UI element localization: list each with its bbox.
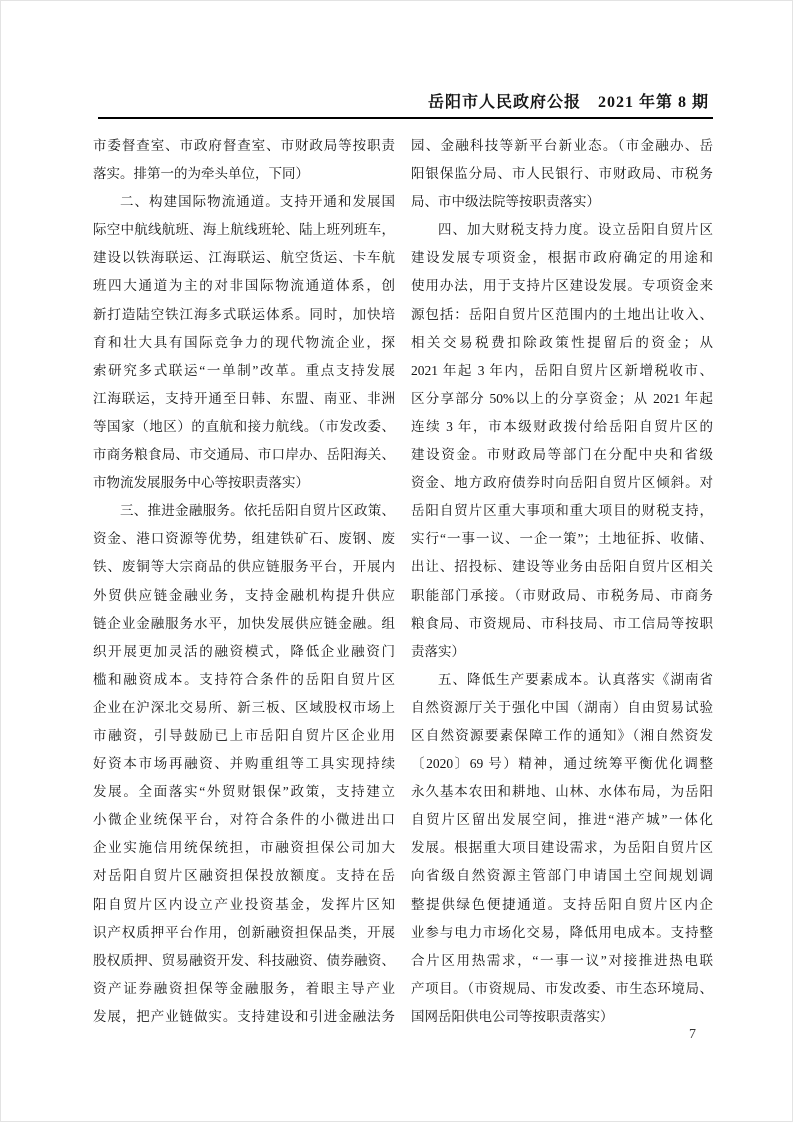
text-line: 园、金融科技等新平台新业态。（市金融办、岳 [411, 132, 713, 160]
text-line: 五、降低生产要素成本。认真落实《湖南省 [411, 666, 713, 694]
text-line: 股权质押、贸易融资开发、科技融资、债券融资、 [93, 947, 395, 975]
text-line: 发展。全面落实“外贸财银保”政策，支持建立 [93, 778, 395, 806]
text-line: 四、加大财税支持力度。设立岳阳自贸片区 [411, 216, 713, 244]
text-line: 新打造陆空铁江海多式联运体系。同时，加快培 [93, 301, 395, 329]
text-line: 职能部门承接。（市财政局、市税务局、市商务 [411, 582, 713, 610]
text-line: 好资本市场再融资、并购重组等工具实现持续 [93, 750, 395, 778]
text-line: 企业在沪深北交易所、新三板、区域股权市场上 [93, 694, 395, 722]
text-line: 阳银保监分局、市人民银行、市财政局、市税务 [411, 160, 713, 188]
page-header-title: 岳阳市人民政府公报 2021 年第 8 期 [428, 89, 709, 112]
text-line: 源包括：岳阳自贸片区范围内的土地出让收入、 [411, 301, 713, 329]
text-line: 织开展更加灵活的融资模式，降低企业融资门 [93, 638, 395, 666]
text-line: 资金、地方政府债券时向岳阳自贸片区倾斜。对 [411, 469, 713, 497]
text-line: 等国家（地区）的直航和接力航线。（市发改委、 [93, 413, 395, 441]
text-line: 出让、招投标、建设等业务由岳阳自贸片区相关 [411, 553, 713, 581]
text-line: 向省级自然资源主管部门申请国土空间规划调 [411, 862, 713, 890]
text-line: 实行“一事一议、一企一策”；土地征拆、收储、 [411, 525, 713, 553]
text-line: 二、构建国际物流通道。支持开通和发展国 [93, 188, 395, 216]
text-line: 育和壮大具有国际竞争力的现代物流企业，探 [93, 329, 395, 357]
text-line: 粮食局、市资规局、市科技局、市工信局等按职 [411, 610, 713, 638]
text-line: 际空中航线航班、海上航线班轮、陆上班列班车， [93, 216, 395, 244]
text-line: 岳阳自贸片区重大事项和重大项目的财税支持， [411, 497, 713, 525]
text-line: 市融资，引导鼓励已上市岳阳自贸片区企业用 [93, 722, 395, 750]
text-line: 对岳阳自贸片区融资担保投放额度。支持在岳 [93, 862, 395, 890]
text-line: 永久基本农田和耕地、山林、水体布局，为岳阳 [411, 778, 713, 806]
gazette-page: 岳阳市人民政府公报 2021 年第 8 期 市委督查室、市政府督查室、市财政局等… [0, 0, 793, 1122]
text-line: 企业实施信用统保统担，市融资担保公司加大 [93, 834, 395, 862]
text-line: 识产权质押平台作用，创新融资担保品类，开展 [93, 919, 395, 947]
text-line: 连续 3 年，市本级财政拨付给岳阳自贸片区的 [411, 413, 713, 441]
text-line: 自贸片区留出发展空间，推进“港产城”一体化 [411, 806, 713, 834]
text-line: 局、市中级法院等按职责落实） [411, 188, 713, 216]
text-line: 市委督查室、市政府督查室、市财政局等按职责 [93, 132, 395, 160]
text-line: 链企业金融服务水平，加快发展供应链金融。组 [93, 610, 395, 638]
text-line: 整提供绿色便捷通道。支持岳阳自贸片区内企 [411, 891, 713, 919]
text-line: 索研究多式联运“一单制”改革。重点支持发展 [93, 357, 395, 385]
text-line: 发展，把产业链做实。支持建设和引进金融法务 [93, 1003, 395, 1031]
text-line: 国网岳阳供电公司等按职责落实） [411, 1003, 713, 1031]
text-line: 自然资源厅关于强化中国（湖南）自由贸易试验 [411, 694, 713, 722]
text-line: 资金、港口资源等优势，组建铁矿石、废钢、废 [93, 525, 395, 553]
text-line: 班四大通道为主的对非国际物流通道体系，创 [93, 272, 395, 300]
text-columns: 市委督查室、市政府督查室、市财政局等按职责落实。排第一的为牵头单位，下同）二、构… [93, 132, 713, 1031]
text-line: 〔2020〕69 号）精神，通过统筹平衡优化调整 [411, 750, 713, 778]
text-line: 市商务粮食局、市交通局、市口岸办、岳阳海关、 [93, 441, 395, 469]
text-line: 区分享部分 50%以上的分享资金；从 2021 年起 [411, 385, 713, 413]
text-line: 2021 年起 3 年内，岳阳自贸片区新增税收市、 [411, 357, 713, 385]
text-line: 建设发展专项资金，根据市政府确定的用途和 [411, 244, 713, 272]
text-line: 发展。根据重大项目建设需求，为岳阳自贸片区 [411, 834, 713, 862]
text-line: 槛和融资成本。支持符合条件的岳阳自贸片区 [93, 666, 395, 694]
text-line: 落实。排第一的为牵头单位，下同） [93, 160, 395, 188]
text-line: 建设以铁海联运、江海联运、航空货运、卡车航 [93, 244, 395, 272]
left-column: 市委督查室、市政府督查室、市财政局等按职责落实。排第一的为牵头单位，下同）二、构… [93, 132, 395, 1031]
text-line: 资产证券融资担保等金融服务，着眼主导产业 [93, 975, 395, 1003]
text-line: 外贸供应链金融业务，支持金融机构提升供应 [93, 582, 395, 610]
right-column: 园、金融科技等新平台新业态。（市金融办、岳阳银保监分局、市人民银行、市财政局、市… [411, 132, 713, 1031]
text-line: 产项目。（市资规局、市发改委、市生态环境局、 [411, 975, 713, 1003]
text-line: 三、推进金融服务。依托岳阳自贸片区政策、 [93, 497, 395, 525]
text-line: 使用办法，用于支持片区建设发展。专项资金来 [411, 272, 713, 300]
text-line: 江海联运，支持开通至日韩、东盟、南亚、非洲 [93, 385, 395, 413]
header-divider-rule [98, 117, 713, 119]
text-line: 阳自贸片区内设立产业投资基金，发挥片区知 [93, 891, 395, 919]
text-line: 铁、废铜等大宗商品的供应链服务平台，开展内 [93, 553, 395, 581]
text-line: 小微企业统保平台，对符合条件的小微进出口 [93, 806, 395, 834]
text-line: 建设资金。市财政局等部门在分配中央和省级 [411, 441, 713, 469]
text-line: 合片区用热需求，“一事一议”对接推进热电联 [411, 947, 713, 975]
text-line: 区自然资源要素保障工作的通知》（湘自然资发 [411, 722, 713, 750]
page-number: 7 [689, 1027, 696, 1043]
text-line: 相关交易税费扣除政策性提留后的资金；从 [411, 329, 713, 357]
text-line: 责落实） [411, 638, 713, 666]
text-line: 市物流发展服务中心等按职责落实） [93, 469, 395, 497]
text-line: 业参与电力市场化交易，降低用电成本。支持整 [411, 919, 713, 947]
